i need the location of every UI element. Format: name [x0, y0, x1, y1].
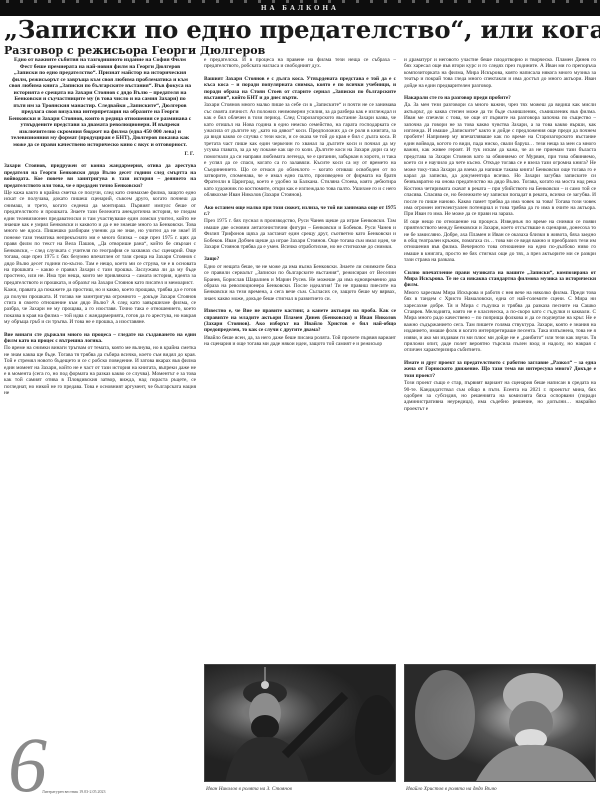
subhead: Разговор с режисьора Георги Дюлгеров — [4, 44, 265, 57]
answer: Много харесвам Мира Искърова и работя с … — [404, 290, 596, 354]
column-1: Едно от важните събития на тазгодишното … — [4, 57, 196, 398]
question: Захари Стоянов, придружен от конна жанда… — [4, 163, 196, 189]
answer: И още нещо по отношение на процеса. Изве… — [404, 219, 596, 264]
portrait-figure-icon — [405, 665, 596, 782]
question: Вие винаги сте държали много на процеса … — [4, 332, 196, 345]
column-3: и драматург и неговото участие беше плод… — [404, 57, 596, 413]
column-2: е предателска. И в процеса на правене на… — [204, 57, 396, 349]
section-banner: НА БАЛКОНА — [0, 0, 600, 16]
photo-caption: Ивайло Христов в ролята на дядо Вълю — [406, 786, 497, 792]
photo-actor-zahari — [204, 664, 396, 782]
answer: По време на снимки винаги тръгвам от тем… — [4, 345, 196, 396]
answer: Този проект също е стар, първият вариант… — [404, 380, 596, 412]
answer: През 1975 г. бях пуснал в производство, … — [204, 218, 396, 250]
paragraph: и драматург и неговото участие беше плод… — [404, 57, 596, 89]
question: Ако останем още малко при този сюжет, из… — [204, 205, 396, 218]
answer: Захари Стоянов много малко пише за себе … — [204, 102, 396, 198]
question: Вашият Захари Стоянов е с дълга коса. Ут… — [204, 76, 396, 102]
signature: Г. Г. — [4, 151, 194, 157]
photo-actor-dyado-valyu — [404, 664, 596, 782]
headline: „Записки по едно предателство“, или кога… — [4, 17, 596, 43]
question: Имате и друг проект за предателството с … — [404, 360, 596, 379]
question: Известно е, че Вие не правите кастинг, а… — [204, 308, 396, 334]
answer: Ивайло беше ясен, да, за него даже беше … — [204, 335, 396, 348]
answer: Да. За мен тези разговори са много важни… — [404, 102, 596, 217]
portrait-figure-icon — [205, 665, 396, 782]
answer: Кажи, правата да покажете да простиш, но… — [4, 287, 196, 325]
question: Защо? — [204, 256, 396, 262]
lead-paragraph: Едно от важните събития на тазгодишното … — [4, 57, 196, 148]
footer-issue-info: Литературен вестник 19.03-2.05.2023 — [42, 789, 105, 794]
paragraph: е предателска. И в процеса на правене на… — [204, 57, 396, 70]
photo-caption: Иван Николов в ролята на З. Стоянов — [206, 786, 292, 792]
answer: Ще кажа както в крайна сметка се получи,… — [4, 190, 196, 286]
answer: Едно от нещата беше, че не може да има в… — [204, 264, 396, 302]
question: Силно впечатление прави музиката на ваши… — [404, 270, 596, 289]
question: Накарали сте го на разговор преди пробит… — [404, 95, 596, 101]
